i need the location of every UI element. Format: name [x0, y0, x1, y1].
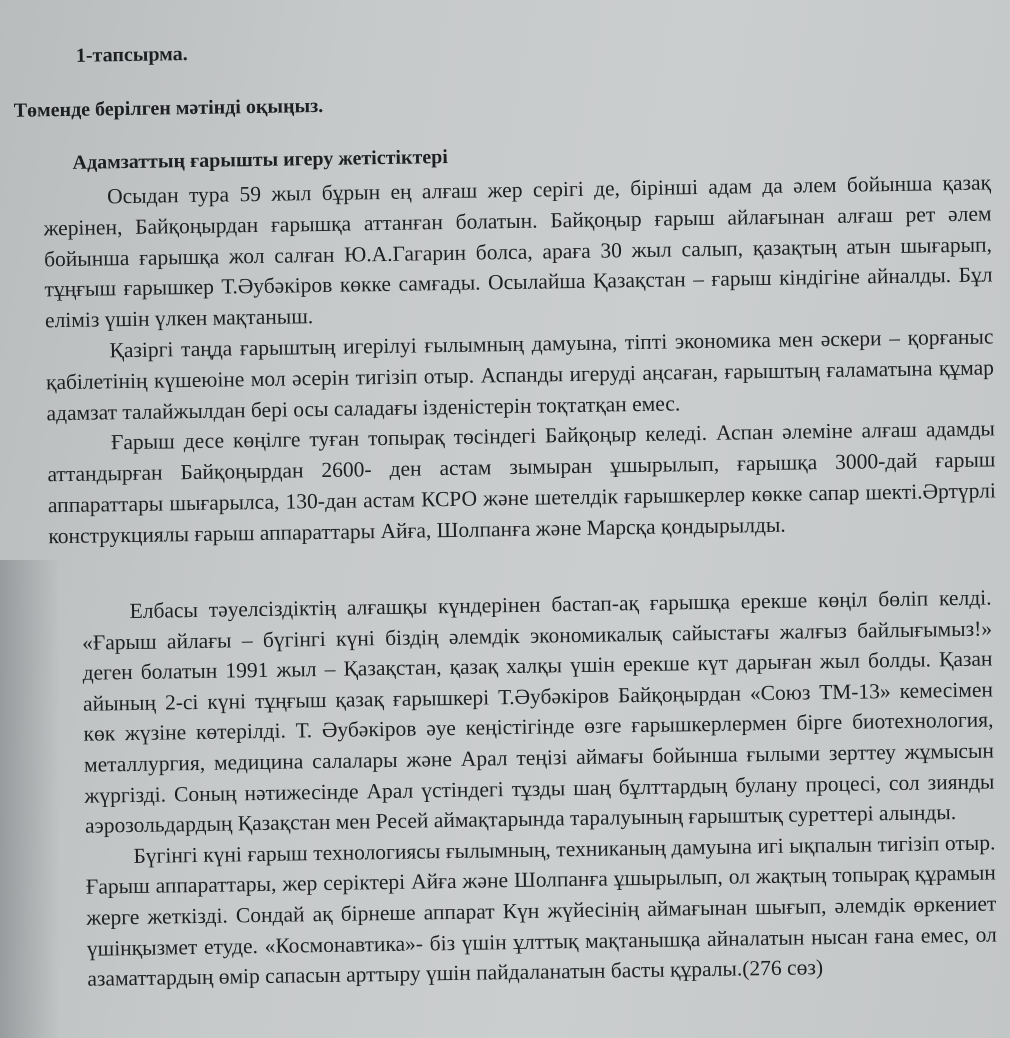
paragraph-3: Ғарыш десе көңілге туған топырақ төсінде… — [47, 414, 997, 552]
paragraph-5: Бүгінгі күні ғарыш технологиясы ғылымның… — [85, 827, 997, 994]
instruction-heading: Төменде берілген мәтінді оқыңыз. — [14, 95, 324, 123]
paragraph-4: Елбасы тәуелсіздіктің алғашқы күндерінен… — [81, 583, 995, 842]
task-number-heading: 1-тапсырма. — [76, 43, 188, 68]
text-title: Адамзаттың ғарышты игеру жетістіктері — [72, 146, 448, 175]
document-page: 1-тапсырма. Төменде берілген мәтінді оқы… — [0, 0, 1010, 1038]
paragraph-5-text: Бүгінгі күні ғарыш технологиясы ғылымның… — [86, 830, 997, 991]
lower-text-block: Елбасы тәуелсіздіктің алғашқы күндерінен… — [81, 583, 997, 995]
upper-text-block: Осыдан тура 59 жыл бұрын ең алғаш жер се… — [43, 167, 997, 551]
paragraph-1: Осыдан тура 59 жыл бұрын ең алғаш жер се… — [43, 167, 993, 336]
word-count: (276 сөз) — [742, 955, 823, 980]
paragraph-2: Қазіргі таңда ғарыштың игерілуі ғылымның… — [45, 321, 994, 428]
